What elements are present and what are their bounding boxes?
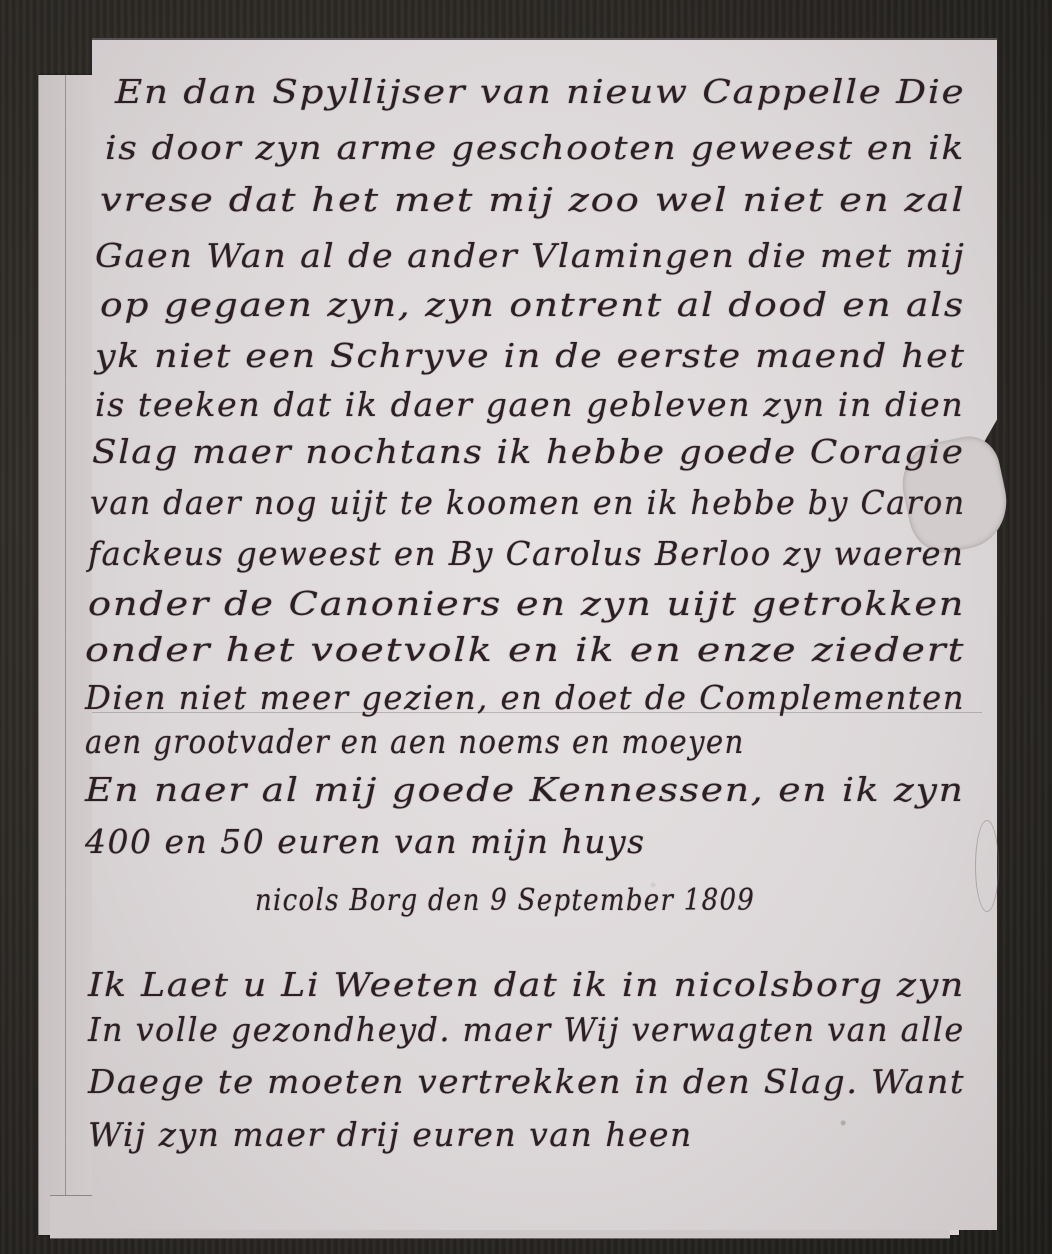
letter-line-8: Slag maer nochtans ik hebbe goede Coragi…	[92, 432, 965, 471]
letter-dateline: nicols Borg den 9 September 1809	[255, 883, 755, 918]
letter-line-15: En naer al mij goede Kennessen, en ik zy…	[85, 770, 965, 809]
letter-line-9: van daer nog uijt te koomen en ik hebbe …	[90, 483, 966, 522]
postscript-line-3: Daege te moeten vertrekken in den Slag. …	[88, 1062, 965, 1101]
letter-line-5: op gegaen zyn, zyn ontrent al dood en al…	[100, 285, 965, 324]
letter-line-16: 400 en 50 euren van mijn huys	[85, 822, 646, 861]
letter-line-3: vrese dat het met mij zoo wel niet en za…	[100, 180, 965, 219]
letter-line-11: onder de Canoniers en zyn uijt getrokken	[88, 584, 965, 623]
letter-line-10: fackeus geweest en By Carolus Berloo zy …	[88, 534, 964, 573]
letter-line-1: En dan Spyllijser van nieuw Cappelle Die	[115, 72, 965, 111]
letter-line-2: is door zyn arme geschooten geweest en i…	[105, 128, 965, 167]
letter-line-7: is teeken dat ik daer gaen gebleven zyn …	[95, 385, 964, 424]
document-photograph: En dan Spyllijser van nieuw Cappelle Die…	[0, 0, 1052, 1254]
postscript-line-4: Wij zyn maer drij euren van heen	[88, 1115, 693, 1154]
letter-line-4: Gaen Wan al de ander Vlamingen die met m…	[95, 236, 965, 275]
letter-line-12: onder het voetvolk en ik en enze ziedert	[85, 630, 965, 669]
letter-handwriting: En dan Spyllijser van nieuw Cappelle Die…	[0, 0, 1052, 1254]
letter-line-14: aen grootvader en aen noems en moeyen	[85, 722, 745, 761]
postscript-line-2: In volle gezondheyd. maer Wij verwagten …	[88, 1010, 965, 1049]
letter-line-13: Dien niet meer gezien, en doet de Comple…	[85, 678, 965, 717]
letter-line-6: yk niet een Schryve in de eerste maend h…	[95, 336, 966, 375]
postscript-line-1: Ik Laet u Li Weeten dat ik in nicolsborg…	[88, 965, 965, 1004]
